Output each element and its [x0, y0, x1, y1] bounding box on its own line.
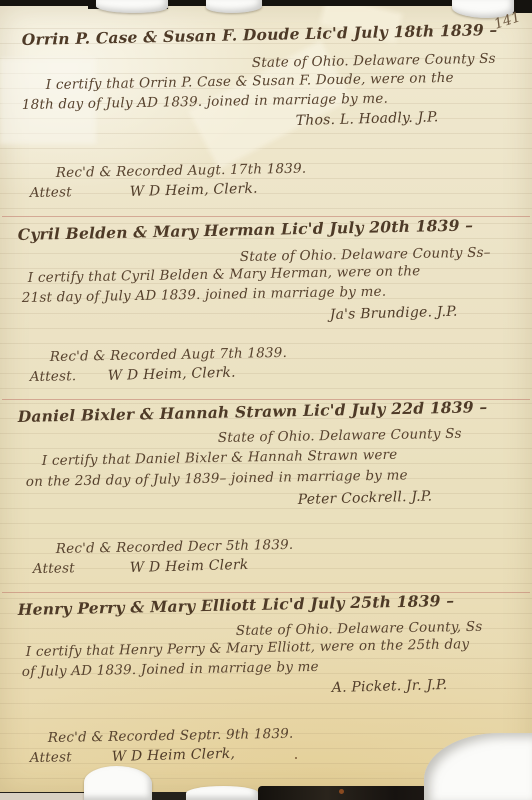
paper-speck	[339, 789, 344, 794]
clerk-signature: W D Heim, Clerk.	[108, 365, 236, 384]
clerk-signature: W D Heim, Clerk.	[130, 181, 258, 200]
scanned-ledger-page: 141 Orrin P. Case & Susan F. Doude Lic'd…	[0, 0, 532, 800]
attest-label: Attest	[30, 749, 72, 766]
torn-paper-scrap	[186, 786, 258, 800]
attest-label: Attest	[33, 560, 75, 577]
clerk-signature: W D Heim Clerk,	[112, 746, 236, 765]
justice-signature: A. Picket. Jr. J.P.	[332, 677, 448, 696]
clerk-signature: W D Heim Clerk	[130, 557, 249, 576]
paper-speck	[295, 757, 297, 759]
attest-label: Attest	[30, 184, 72, 201]
bottom-scan-margin	[0, 793, 90, 800]
attest-label: Attest.	[30, 368, 77, 385]
torn-paper-scrap	[84, 766, 152, 800]
justice-signature: Ja's Brundige. J.P.	[330, 304, 458, 323]
